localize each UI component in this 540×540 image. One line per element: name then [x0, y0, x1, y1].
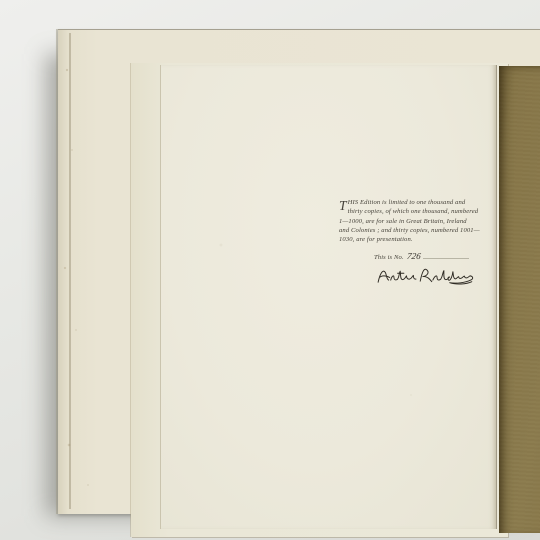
arthur-rackham-signature: Arthur Rackham — [376, 262, 476, 294]
limitation-page: T HIS Edition is limited to one thousand… — [161, 65, 496, 529]
signature-text: Arthur Rackham — [376, 262, 377, 263]
colophon-line: HIS Edition is limited to one thousand a… — [339, 198, 491, 207]
edition-number-rule — [423, 252, 469, 259]
colophon-text: T HIS Edition is limited to one thousand… — [339, 198, 491, 244]
colophon-line: and Colonies ; and thirty copies, number… — [339, 226, 491, 235]
colophon-line: thirty copies, of which one thousand, nu… — [339, 207, 491, 216]
colophon-line: 1030, are for presentation. — [339, 235, 491, 244]
cover-board-edge — [69, 33, 71, 509]
edition-number-line: This is No.726 — [374, 251, 469, 261]
brown-board-endpaper — [499, 66, 540, 533]
book-cover: T HIS Edition is limited to one thousand… — [58, 29, 540, 514]
edition-number-label: This is No. — [374, 254, 404, 261]
colophon-line: 1—1000, are for sale in Great Britain, I… — [339, 217, 491, 226]
signature-ink-strokes — [376, 262, 476, 294]
colophon-dropcap: T — [339, 198, 347, 213]
edition-number-value: 726 — [406, 251, 421, 261]
photo-background: T HIS Edition is limited to one thousand… — [0, 0, 540, 540]
